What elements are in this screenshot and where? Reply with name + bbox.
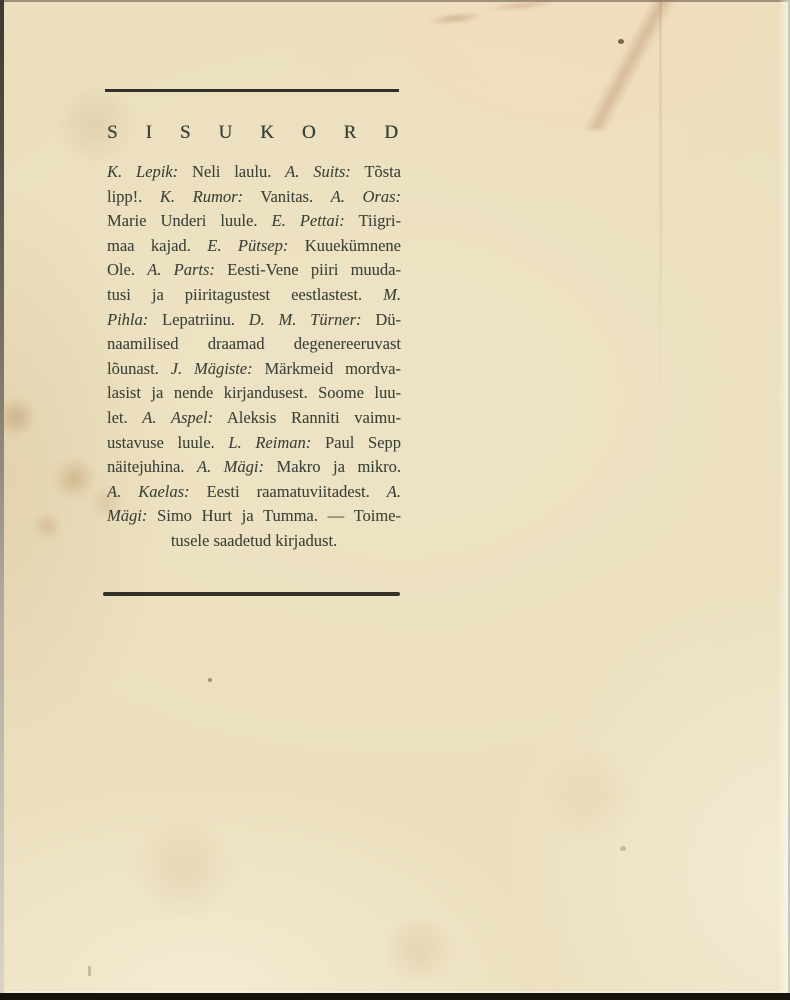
toc-text: naamilised draamad degenereeruvast [107,334,401,353]
stain [403,0,575,39]
toc-text: näitejuhina. [107,457,197,476]
scan-edge-right [778,0,788,993]
toc-line: ustavuse luule. L. Reiman: Paul Sepp [107,431,401,456]
toc-author: Pihla: [107,310,148,329]
toc-line: naamilised draamad degenereeruvast [107,332,401,357]
toc-text: maa kajad. [107,236,207,255]
toc-text: Eesti-Vene piiri muuda- [215,260,401,279]
toc-text: lõunast. [107,359,171,378]
toc-text: lasist ja nende kirjandusest. Soome luu- [107,383,401,402]
toc-text: Neli laulu. [178,162,285,181]
toc-line: lasist ja nende kirjandusest. Soome luu- [107,381,401,406]
paper-crease [659,0,662,430]
toc-line: tusele saadetud kirjadust. [107,529,401,554]
toc-author: E. Pütsep: [207,236,288,255]
toc-text: Lepatriinu. [148,310,248,329]
toc-line: Pihla: Lepatriinu. D. M. Türner: Dü- [107,308,401,333]
stain [374,920,464,980]
toc-author: A. Mägi: [197,457,264,476]
paper-bottom-edge [4,991,782,993]
toc-text: Tõsta [351,162,401,181]
toc-author: Mägi: [107,506,147,525]
bottom-rule [103,592,400,596]
toc-line: let. A. Aspel: Aleksis Ranniti vaimu- [107,406,401,431]
toc-text: Marie Underi luule. [107,211,272,230]
toc-author: A. Parts: [147,260,215,279]
toc-author: A. [387,482,401,501]
toc-line: tusi ja piiritagustest eestlastest. M. [107,283,401,308]
stain [534,750,644,840]
stain [88,966,91,976]
toc-author: K. Rumor: [160,187,243,206]
toc-author: D. M. Türner: [249,310,362,329]
toc-text: Simo Hurt ja Tumma. — Toime- [147,506,401,525]
toc-line: Ole. A. Parts: Eesti-Vene piiri muuda- [107,258,401,283]
paper-page: SISUKORD K. Lepik: Neli laulu. A. Suits:… [4,0,788,993]
toc-text: Paul Sepp [311,433,401,452]
stain [0,392,36,442]
stain [584,0,674,130]
toc-author: A. Suits: [285,162,351,181]
page-title: SISUKORD [107,123,426,143]
scanned-page: SISUKORD K. Lepik: Neli laulu. A. Suits:… [0,0,790,1000]
toc-text: lipp!. [107,187,160,206]
toc-author: L. Reiman: [228,433,311,452]
toc-text: Eesti raamatuviitadest. [190,482,387,501]
toc-line: K. Lepik: Neli laulu. A. Suits: Tõsta [107,160,401,185]
toc-text: tusele saadetud kirjadust. [171,531,337,550]
toc-text: ustavuse luule. [107,433,228,452]
toc-author: A. Aspel: [142,408,213,427]
toc-text: Ole. [107,260,147,279]
toc-line: näitejuhina. A. Mägi: Makro ja mikro. [107,455,401,480]
toc-author: A. Oras: [331,187,401,206]
toc-author: E. Pettai: [272,211,345,230]
toc-paragraph: K. Lepik: Neli laulu. A. Suits: Tõstalip… [107,160,401,554]
toc-text: Vanitas. [243,187,331,206]
toc-text: Tiigri- [345,211,401,230]
toc-text: let. [107,408,142,427]
toc-text: Kuuekümnene [288,236,401,255]
toc-line: maa kajad. E. Pütsep: Kuuekümnene [107,234,401,259]
stain [620,846,626,851]
toc-author: A. Kaelas: [107,482,190,501]
scan-edge-left [0,0,4,993]
stain [124,820,244,920]
toc-line: A. Kaelas: Eesti raamatuviitadest. A. [107,480,401,505]
stain [618,39,624,44]
toc-text: Märkmeid mordva- [253,359,401,378]
toc-line: Mägi: Simo Hurt ja Tumma. — Toime- [107,504,401,529]
toc-text: Aleksis Ranniti vaimu- [213,408,401,427]
stain [208,678,212,682]
toc-text: Dü- [362,310,401,329]
toc-line: Marie Underi luule. E. Pettai: Tiigri- [107,209,401,234]
toc-text: Makro ja mikro. [264,457,401,476]
toc-author: K. Lepik: [107,162,178,181]
toc-line: lõunast. J. Mägiste: Märkmeid mordva- [107,357,401,382]
toc-text: tusi ja piiritagustest eestlastest. [107,285,383,304]
toc-author: M. [383,285,401,304]
scan-edge-top [4,0,788,2]
toc-line: lipp!. K. Rumor: Vanitas. A. Oras: [107,185,401,210]
toc-author: J. Mägiste: [171,359,253,378]
top-rule [105,89,399,92]
